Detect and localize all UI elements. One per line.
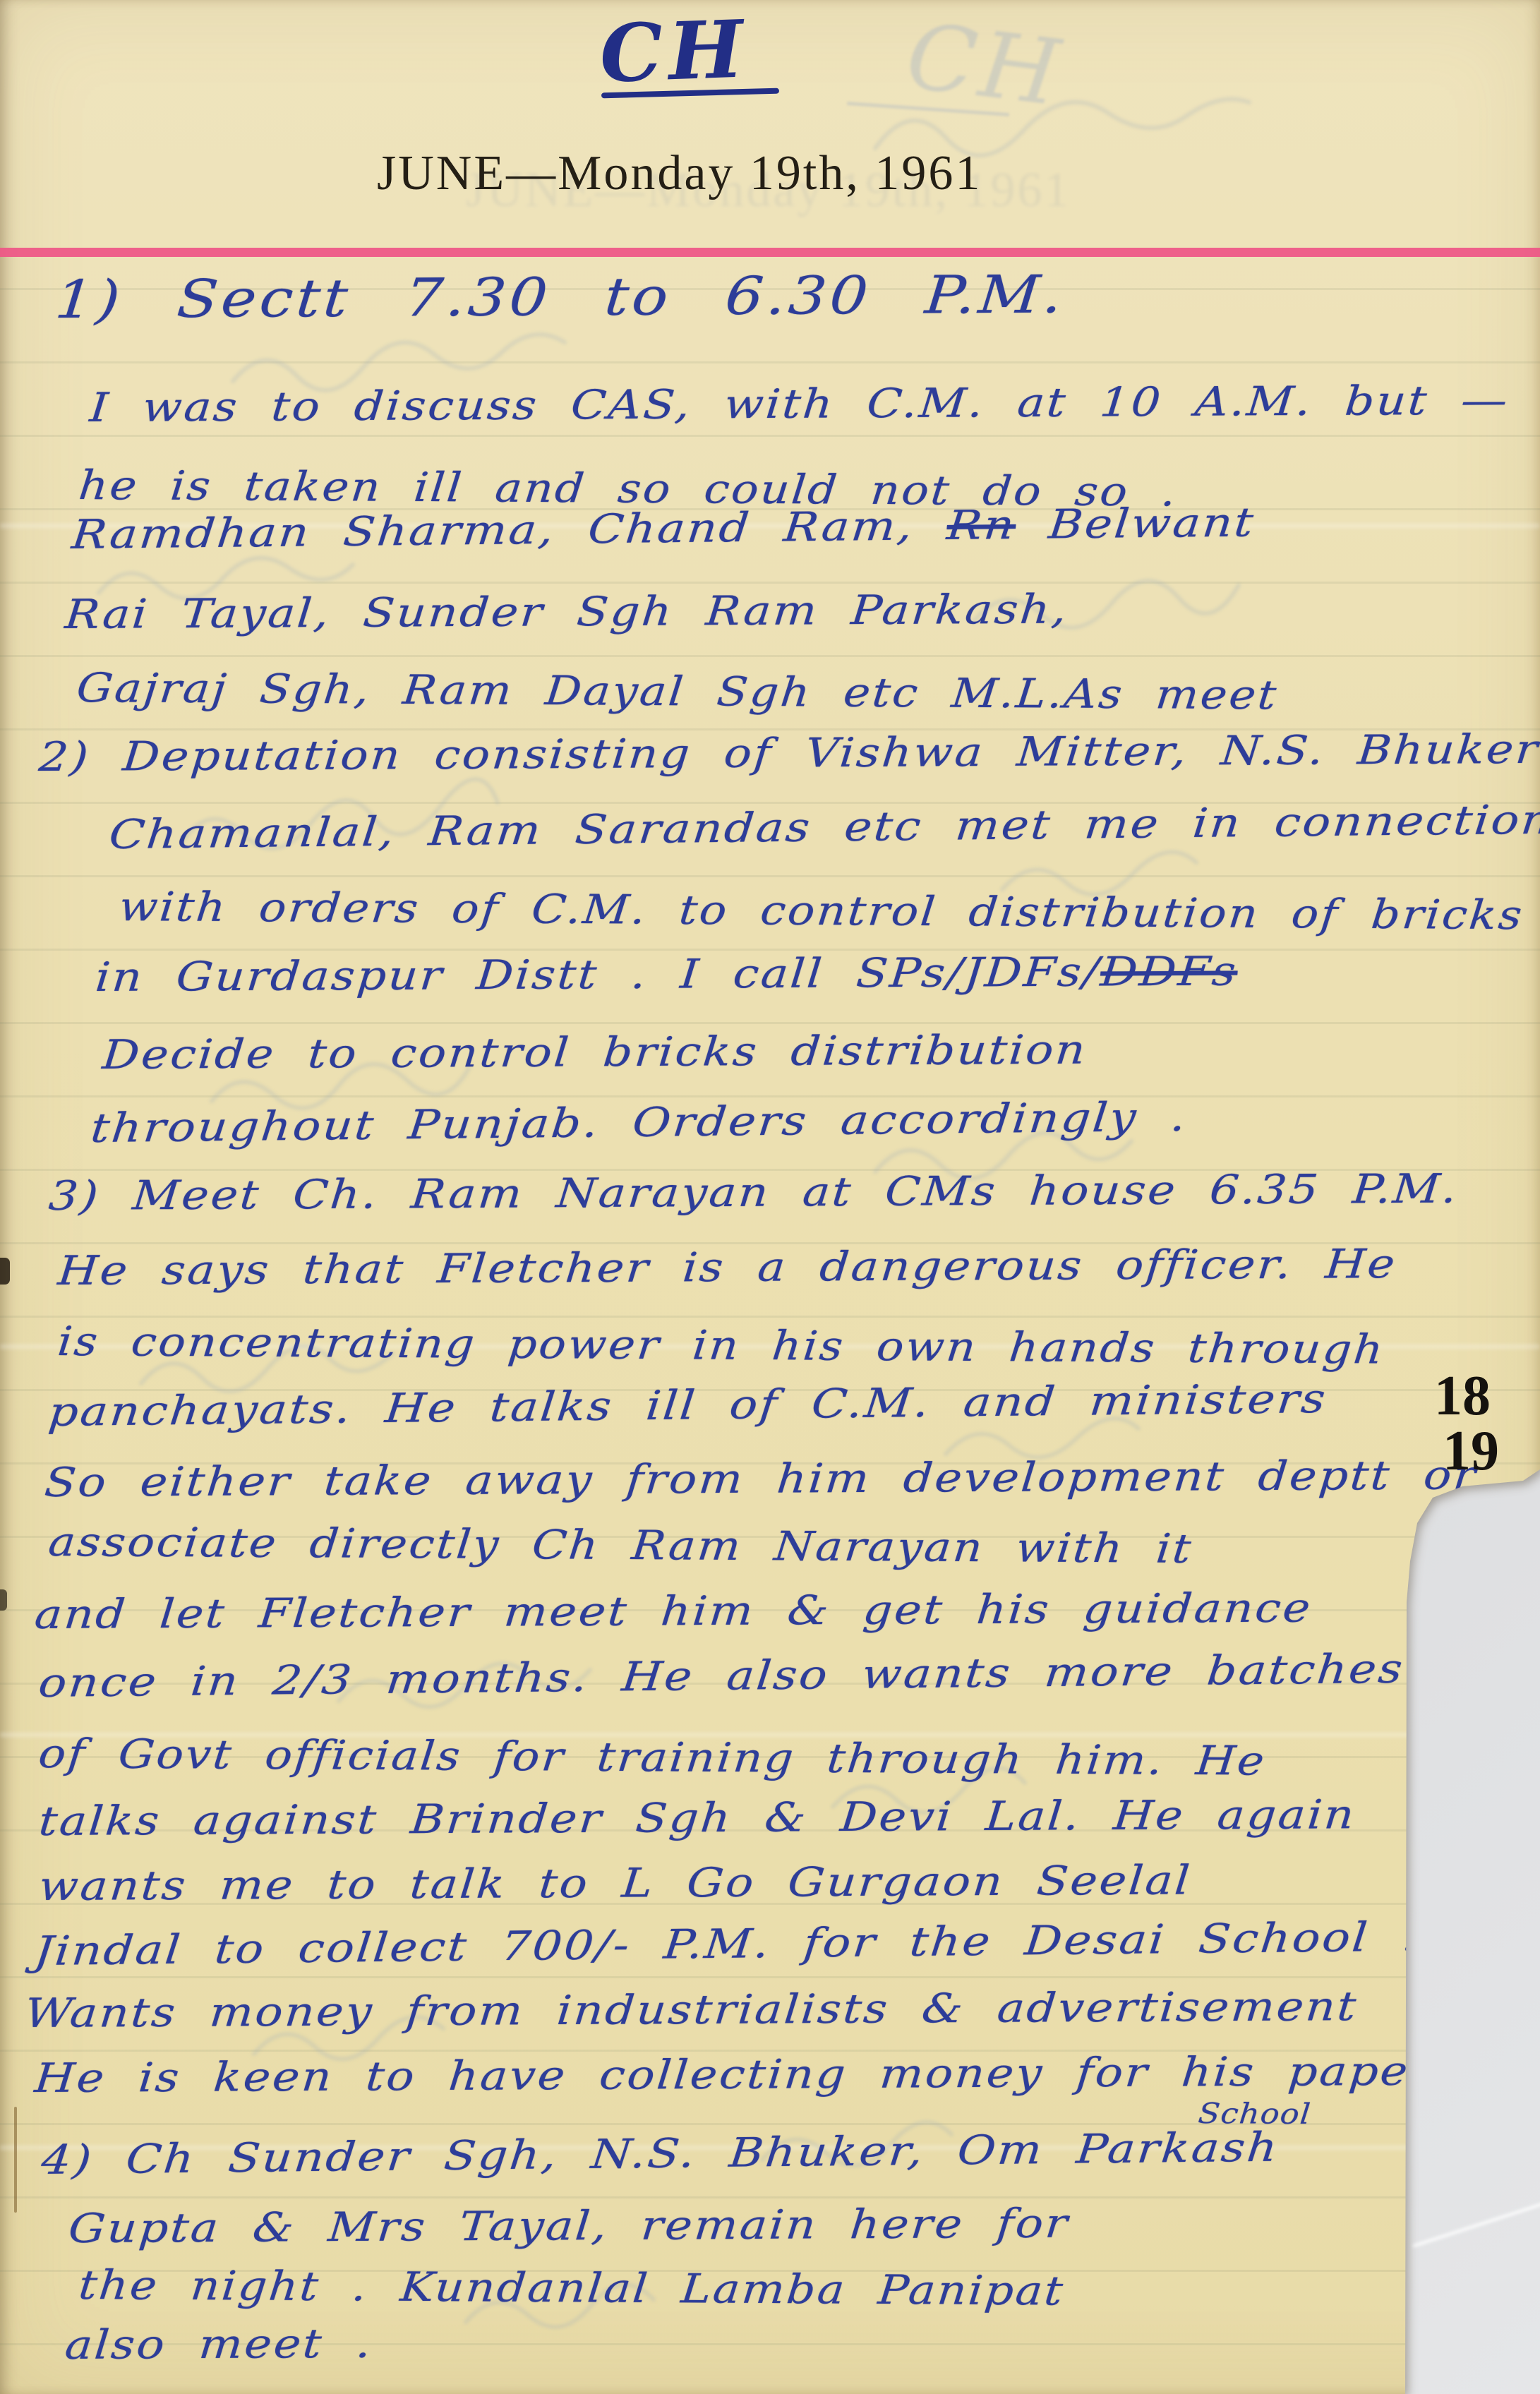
diary-paper: CH CH JUNE—Monday 19th, 1961 JUNE—Monday… bbox=[0, 0, 1540, 2394]
diary-line: He says that Fletcher is a dangerous off… bbox=[56, 1241, 1399, 1294]
handwritten-page-title: CH bbox=[598, 3, 750, 100]
diary-line-text: Gajraj Sgh, Ram Dayal Sgh etc M.L.As mee… bbox=[75, 665, 1280, 718]
binding-mark bbox=[0, 1258, 10, 1285]
diary-line-text: So either take away from him development… bbox=[43, 1452, 1479, 1506]
diary-line: panchayats. He talks ill of C.M. and min… bbox=[47, 1376, 1330, 1436]
diary-line-text: 4) Ch Sunder Sgh, N.S. Bhuker, Om Parkas… bbox=[40, 2124, 1281, 2184]
diary-line: wants me to talk to L Go Gurgaon Seelal bbox=[37, 1857, 1193, 1910]
diary-line: 2) Deputation consisting of Vishwa Mitte… bbox=[37, 726, 1540, 781]
diary-line-text: associate directly Ch Ram Narayan with i… bbox=[47, 1519, 1195, 1572]
diary-line: 4) Ch Sunder Sgh, N.S. Bhuker, Om Parkas… bbox=[40, 2124, 1281, 2184]
printed-date-heading: JUNE—Monday 19th, 1961 bbox=[377, 145, 982, 202]
diary-line-text: with orders of C.M. to control distribut… bbox=[117, 884, 1526, 939]
diary-line: the night . Kundanlal Lamba Panipat bbox=[77, 2262, 1067, 2315]
diary-line-text: Rai Tayal, Sunder Sgh Ram Parkash, bbox=[64, 587, 1071, 638]
diary-line: Jindal to collect 700/- P.M. for the Des… bbox=[32, 1913, 1421, 1975]
diary-line: 3) Meet Ch. Ram Narayan at CMs house 6.3… bbox=[47, 1166, 1461, 1220]
diary-line: once in 2/3 months. He also wants more b… bbox=[37, 1646, 1407, 1707]
diary-line: talks against Brinder Sgh & Devi Lal. He… bbox=[37, 1791, 1358, 1845]
diary-line: is concentrating power in his own hands … bbox=[56, 1318, 1387, 1373]
diary-line-text: the night . Kundanlal Lamba Panipat bbox=[77, 2262, 1067, 2315]
diary-line-text: also meet . bbox=[64, 2321, 375, 2369]
diary-line: also meet . bbox=[64, 2321, 375, 2369]
diary-line: Gajraj Sgh, Ram Dayal Sgh etc M.L.As mee… bbox=[75, 665, 1280, 718]
diary-line-text: I was to discuss CAS, with C.M. at 10 A.… bbox=[88, 377, 1511, 431]
diary-line-text: panchayats. He talks ill of C.M. and min… bbox=[47, 1376, 1330, 1436]
diary-line-text: He says that Fletcher is a dangerous off… bbox=[56, 1241, 1399, 1294]
diary-line: Wants money from industrialists & advert… bbox=[23, 1983, 1360, 2037]
diary-line-text: and let Fletcher meet him & get his guid… bbox=[33, 1585, 1314, 1638]
diary-line: He is keen to have collecting money for … bbox=[33, 2047, 1511, 2102]
diary-line-text: 2) Deputation consisting of Vishwa Mitte… bbox=[37, 726, 1540, 781]
diary-line: Decide to control bricks distribution bbox=[101, 1027, 1089, 1078]
diary-line: associate directly Ch Ram Narayan with i… bbox=[47, 1519, 1195, 1572]
diary-line-text: Decide to control bricks distribution bbox=[101, 1027, 1089, 1078]
diary-line-text: Gupta & Mrs Tayal, remain here for bbox=[67, 2201, 1071, 2252]
diary-line-text: 3) Meet Ch. Ram Narayan at CMs house 6.3… bbox=[47, 1166, 1461, 1220]
diary-line: of Govt officials for training through h… bbox=[37, 1731, 1268, 1785]
binding-mark bbox=[0, 1589, 7, 1611]
diary-line: with orders of C.M. to control distribut… bbox=[117, 884, 1526, 939]
diary-line-text: He is keen to have collecting money for … bbox=[33, 2047, 1511, 2102]
diary-line: So either take away from him development… bbox=[43, 1452, 1479, 1506]
page-number-19: 19 bbox=[1443, 1423, 1499, 1479]
diary-line-text: talks against Brinder Sgh & Devi Lal. He… bbox=[37, 1791, 1358, 1845]
diary-line-text: Ramdhan Sharma, Chand Ram, bbox=[70, 503, 949, 558]
diary-line-text: Chamanlal, Ram Sarandas etc met me in co… bbox=[107, 797, 1540, 858]
paper-shadow-wrap: CH CH JUNE—Monday 19th, 1961 JUNE—Monday… bbox=[0, 0, 1540, 2394]
diary-line: Chamanlal, Ram Sarandas etc met me in co… bbox=[107, 797, 1540, 858]
diary-line-text: Wants money from industrialists & advert… bbox=[23, 1983, 1360, 2037]
diary-line-text: 1) Sectt 7.30 to 6.30 P.M. bbox=[53, 265, 1068, 330]
diary-line-text: is concentrating power in his own hands … bbox=[56, 1318, 1387, 1373]
struck-word: Rn bbox=[945, 502, 1018, 549]
scanned-diary-page: CH CH JUNE—Monday 19th, 1961 JUNE—Monday… bbox=[0, 0, 1540, 2394]
diary-line: Rai Tayal, Sunder Sgh Ram Parkash, bbox=[64, 587, 1071, 638]
diary-line: Gupta & Mrs Tayal, remain here for bbox=[67, 2201, 1071, 2252]
struck-word: DDFs bbox=[1099, 949, 1240, 996]
diary-line-text: Belwant bbox=[1013, 499, 1257, 548]
diary-line: 1) Sectt 7.30 to 6.30 P.M. bbox=[53, 265, 1068, 330]
diary-line-text: of Govt officials for training through h… bbox=[37, 1731, 1268, 1785]
diary-line-text: throughout Punjab. Orders accordingly . bbox=[89, 1094, 1190, 1152]
page-number-18: 18 bbox=[1434, 1368, 1491, 1424]
diary-line-text: wants me to talk to L Go Gurgaon Seelal bbox=[37, 1857, 1193, 1910]
diary-line-text: Jindal to collect 700/- P.M. for the Des… bbox=[32, 1913, 1421, 1975]
diary-line: in Gurdaspur Distt . I call SPs/JDFs/DDF… bbox=[94, 949, 1240, 1001]
pink-horizontal-rule bbox=[0, 248, 1540, 257]
diary-line: throughout Punjab. Orders accordingly . bbox=[89, 1094, 1190, 1152]
diary-line-text: once in 2/3 months. He also wants more b… bbox=[37, 1646, 1407, 1707]
diary-line: I was to discuss CAS, with C.M. at 10 A.… bbox=[88, 377, 1511, 431]
diary-line: and let Fletcher meet him & get his guid… bbox=[33, 1585, 1314, 1638]
spine-edge-line bbox=[14, 2107, 17, 2213]
diary-line-text: in Gurdaspur Distt . I call SPs/JDFs/ bbox=[94, 949, 1103, 1001]
